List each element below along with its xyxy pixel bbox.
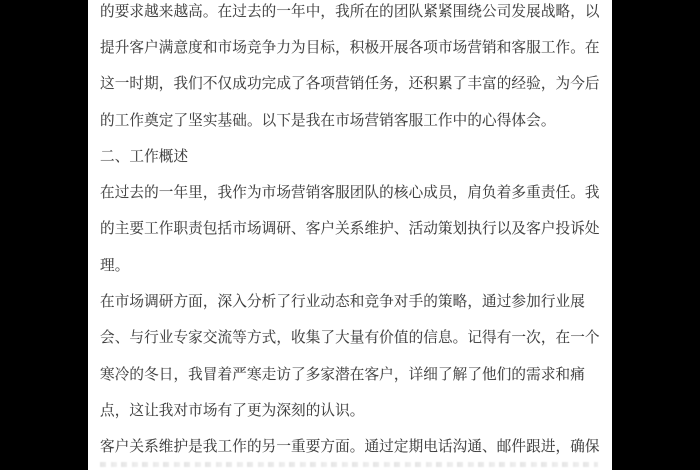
screenshot-root: { "colors": { "letterbox": "#000000", "p…	[0, 0, 700, 470]
document-text-line: 这一时期，我们不仅成功完成了各项营销任务，还积累了丰富的经验，为今后	[100, 65, 600, 101]
document-text-line: 二、工作概述	[100, 137, 600, 173]
letterbox-bar-right	[612, 0, 700, 470]
document-page: 的要求越来越高。在过去的一年中，我所在的团队紧紧围绕公司发展战略，以提升客户满意…	[88, 0, 612, 470]
document-text-block: 的要求越来越高。在过去的一年中，我所在的团队紧紧围绕公司发展战略，以提升客户满意…	[100, 0, 600, 464]
document-text-line: 点，这让我对市场有了更为深刻的认识。	[100, 391, 600, 427]
clipped-next-line-artifact	[100, 462, 598, 467]
document-text-line: 的要求越来越高。在过去的一年中，我所在的团队紧紧围绕公司发展战略，以	[100, 0, 600, 28]
letterbox-bar-left	[0, 0, 88, 470]
document-text-line: 在市场调研方面，深入分析了行业动态和竞争对手的策略，通过参加行业展	[100, 282, 600, 318]
document-text-line: 客户关系维护是我工作的另一重要方面。通过定期电话沟通、邮件跟进，确保	[100, 428, 600, 464]
document-text-line: 在过去的一年里，我作为市场营销客服团队的核心成员，肩负着多重责任。我	[100, 173, 600, 209]
document-text-line: 会、与行业专家交流等方式，收集了大量有价值的信息。记得有一次，在一个	[100, 319, 600, 355]
document-text-line: 理。	[100, 246, 600, 282]
document-text-line: 寒冷的冬日，我冒着严寒走访了多家潜在客户，详细了解了他们的需求和痛	[100, 355, 600, 391]
document-text-line: 提升客户满意度和市场竞争力为目标，积极开展各项市场营销和客服工作。在	[100, 28, 600, 64]
document-text-line: 的工作奠定了坚实基础。以下是我在市场营销客服工作中的心得体会。	[100, 101, 600, 137]
document-text-line: 的主要工作职责包括市场调研、客户关系维护、活动策划执行以及客户投诉处	[100, 210, 600, 246]
